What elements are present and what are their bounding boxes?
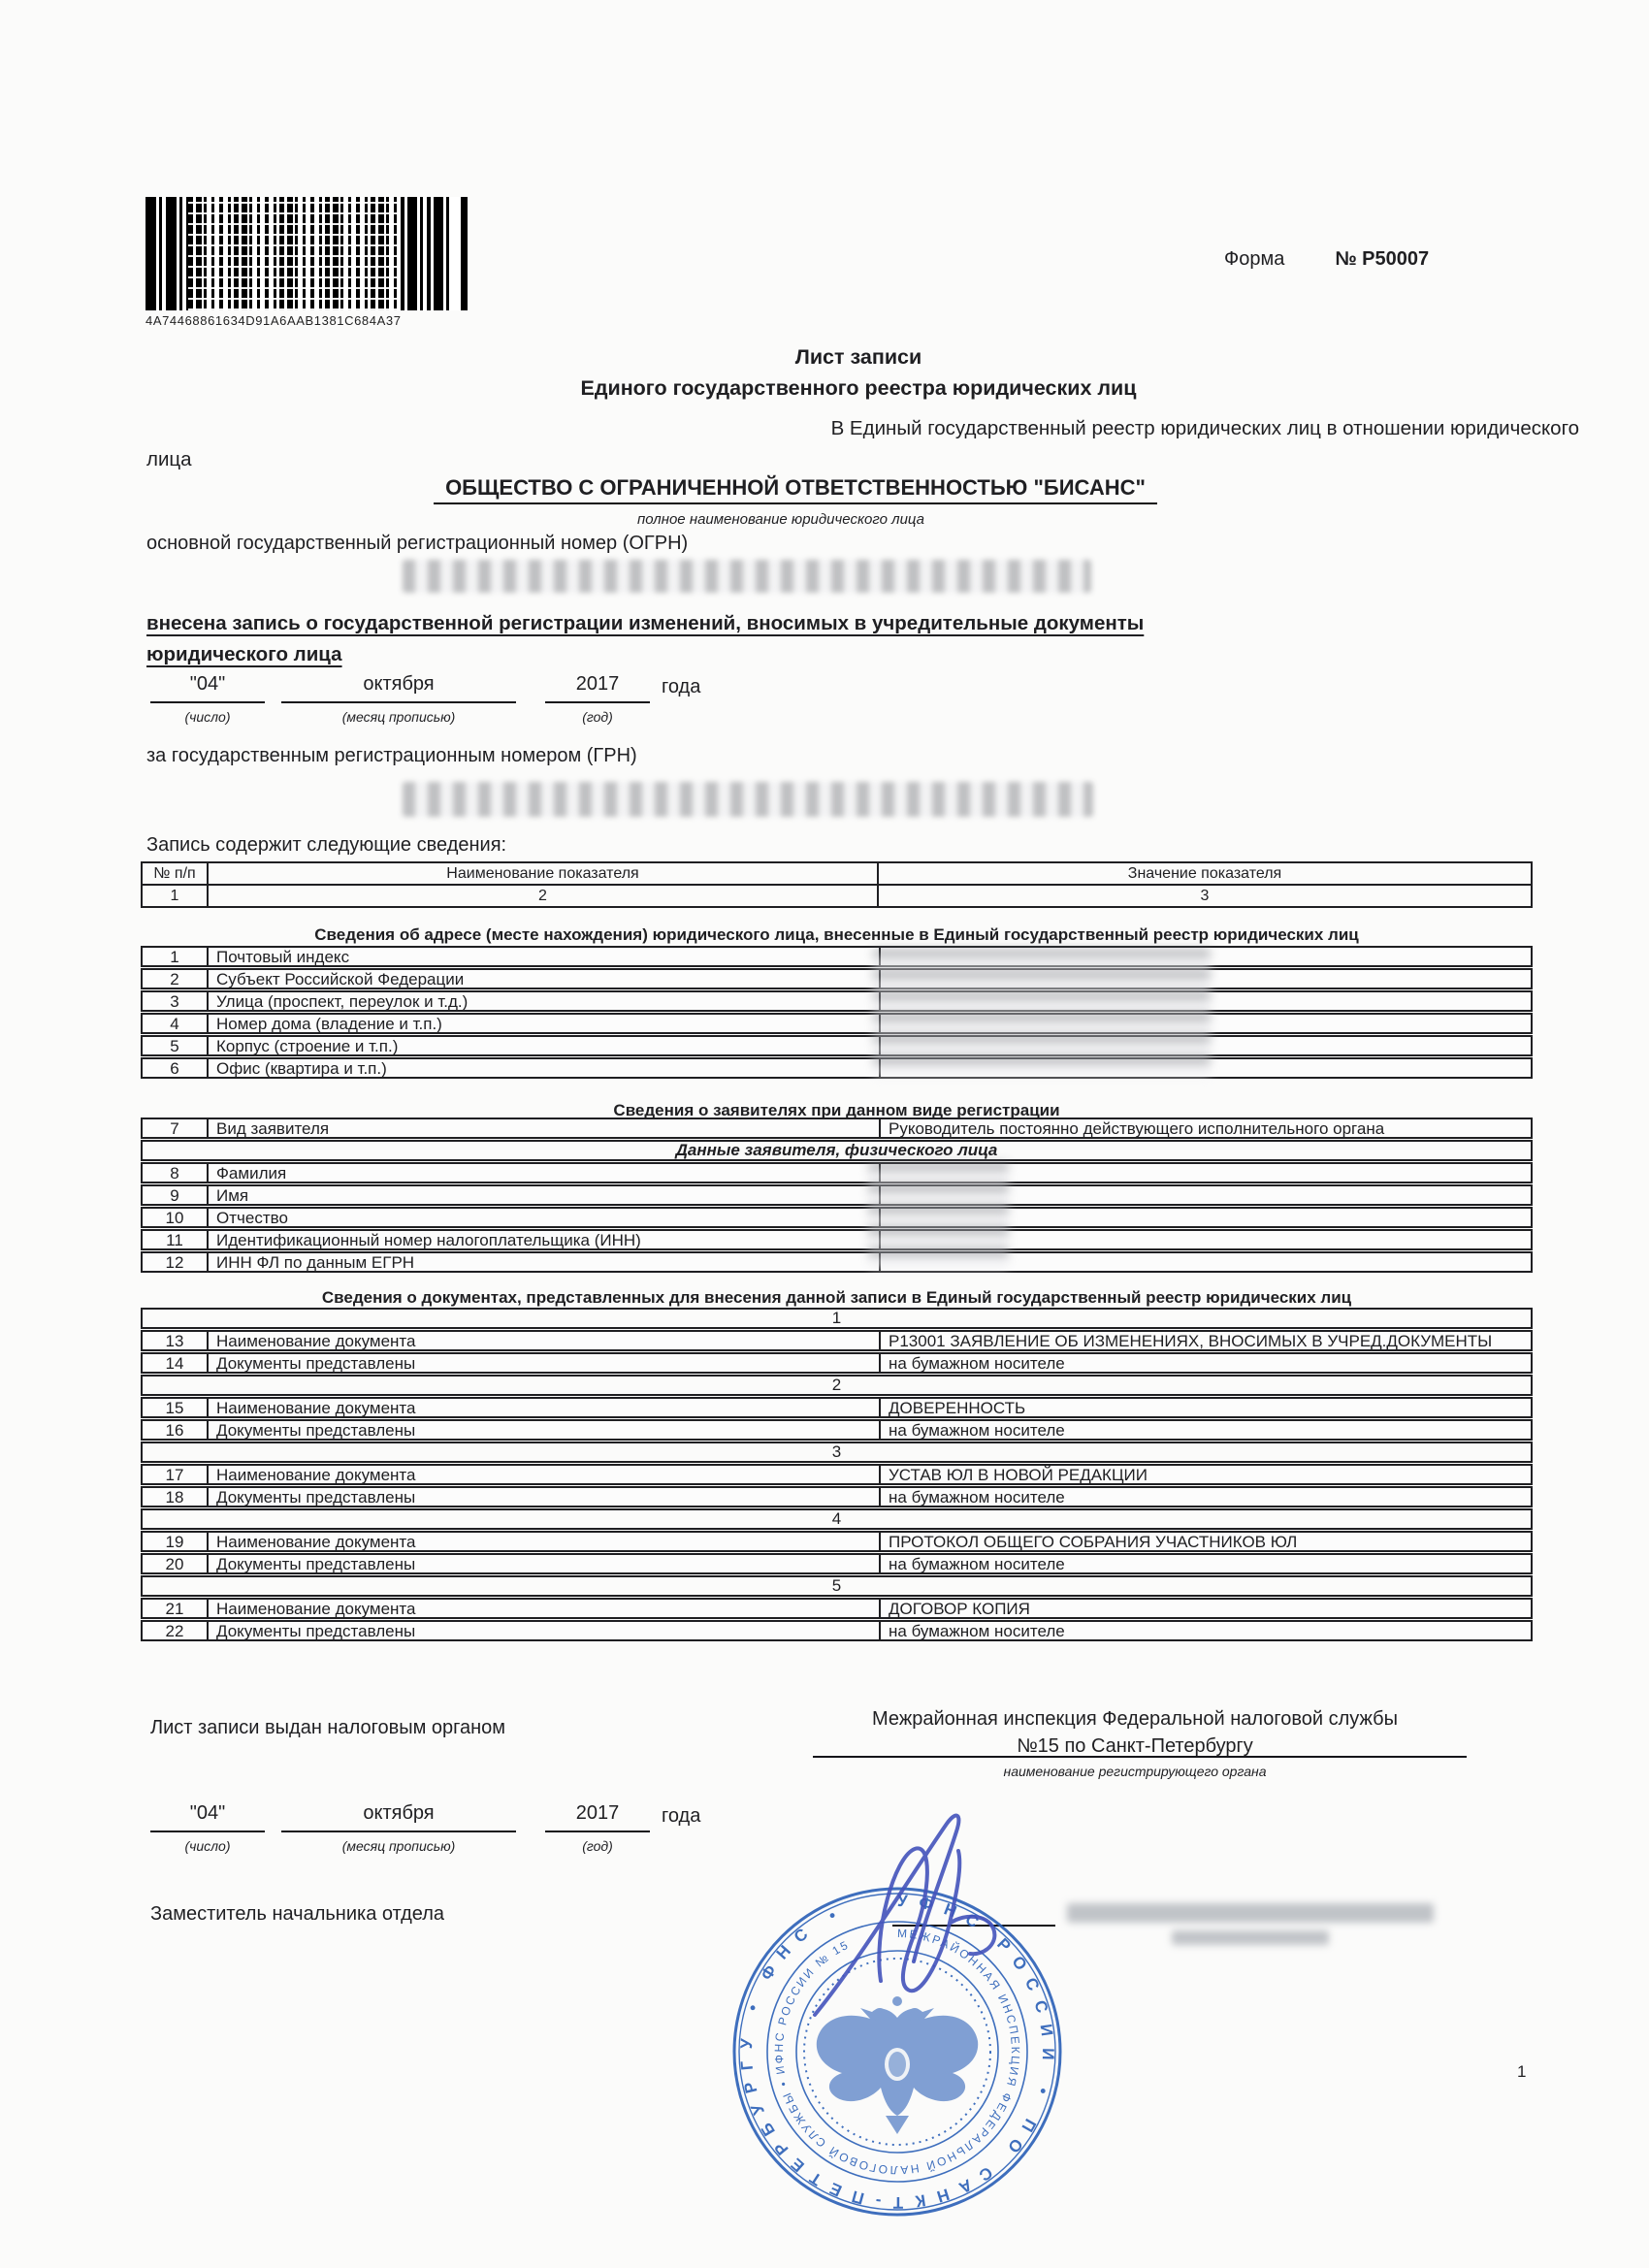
row-value: ПРОТОКОЛ ОБЩЕГО СОБРАНИЯ УЧАСТНИКОВ ЮЛ bbox=[879, 1533, 1531, 1550]
registration-statement: внесена запись о государственной регистр… bbox=[146, 608, 1144, 670]
table-row: 14 Документы представлены на бумажном но… bbox=[141, 1352, 1533, 1374]
date-year-caption: (год) bbox=[545, 709, 650, 725]
col-header-num: № п/п bbox=[143, 863, 209, 884]
company-name: ОБЩЕСТВО С ОГРАНИЧЕННОЙ ОТВЕТСТВЕННОСТЬЮ… bbox=[434, 475, 1157, 504]
row-num: 8 bbox=[143, 1164, 209, 1182]
col-header-name: Наименование показателя bbox=[209, 863, 877, 884]
row-value: на бумажном носителе bbox=[879, 1555, 1531, 1572]
table-row: 12 ИНН ФЛ по данным ЕГРН bbox=[141, 1251, 1533, 1273]
statement-line1: внесена запись о государственной регистр… bbox=[146, 608, 1144, 639]
table-row: 6 Офис (квартира и т.п.) bbox=[141, 1057, 1533, 1079]
date-month-caption: (месяц прописью) bbox=[281, 709, 516, 725]
table-row: 9 Имя bbox=[141, 1184, 1533, 1206]
applicant-table: 7 Вид заявителя Руководитель постоянно д… bbox=[141, 1118, 1533, 1274]
row-name: ИНН ФЛ по данным ЕГРН bbox=[209, 1253, 879, 1271]
row-num: 2 bbox=[143, 970, 209, 988]
authority-underline bbox=[813, 1756, 1467, 1758]
table-header-row: № п/п Наименование показателя Значение п… bbox=[143, 863, 1531, 884]
footer-date-year-suffix: года bbox=[662, 1805, 700, 1828]
barcode-data-pattern bbox=[188, 197, 401, 310]
index-num: 1 bbox=[143, 886, 209, 906]
row-num: 7 bbox=[143, 1119, 209, 1137]
row-num: 16 bbox=[143, 1421, 209, 1439]
barcode-code-text: 4A74468861634D91A6AAB1381C684A37 bbox=[145, 313, 468, 328]
row-value: на бумажном носителе bbox=[879, 1354, 1531, 1372]
date-day: "04" bbox=[150, 673, 265, 703]
barcode-stop-pattern bbox=[401, 197, 449, 310]
row-value: Руководитель постоянно действующего испо… bbox=[879, 1119, 1531, 1137]
col-header-value: Значение показателя bbox=[877, 863, 1531, 884]
table-row: 4 Номер дома (владение и т.п.) bbox=[141, 1013, 1533, 1034]
table-row: 13 Наименование документа Р13001 ЗАЯВЛЕН… bbox=[141, 1330, 1533, 1351]
footer-date-month-caption: (месяц прописью) bbox=[281, 1838, 516, 1854]
document-page: 4A74468861634D91A6AAB1381C684A37 Форма №… bbox=[0, 0, 1649, 2268]
issued-label: Лист записи выдан налоговым органом bbox=[150, 1717, 505, 1739]
form-number: № Р50007 bbox=[1335, 248, 1429, 271]
document-group-number: 2 bbox=[141, 1375, 1533, 1396]
row-name: Наименование документа bbox=[209, 1533, 879, 1550]
row-value: Р13001 ЗАЯВЛЕНИЕ ОБ ИЗМЕНЕНИЯХ, ВНОСИМЫХ… bbox=[879, 1332, 1531, 1349]
row-num: 19 bbox=[143, 1533, 209, 1550]
applicant-subheader: Данные заявителя, физического лица bbox=[141, 1140, 1533, 1161]
row-name: Номер дома (владение и т.п.) bbox=[209, 1015, 879, 1032]
signer-name-redacted bbox=[1067, 1903, 1434, 1923]
ogrn-value-redacted bbox=[403, 560, 1091, 593]
row-name: Вид заявителя bbox=[209, 1119, 879, 1137]
row-value: ДОГОВОР КОПИЯ bbox=[879, 1600, 1531, 1617]
address-values-redacted bbox=[873, 949, 1211, 1077]
barcode-image bbox=[145, 197, 468, 310]
table-row: 3 Улица (проспект, переулок и т.д.) bbox=[141, 990, 1533, 1012]
row-name: Офис (квартира и т.п.) bbox=[209, 1059, 879, 1077]
handwritten-signature bbox=[757, 1806, 1077, 2039]
footer-date-month: октября bbox=[281, 1802, 516, 1832]
row-name: Отчество bbox=[209, 1209, 879, 1226]
row-name: Документы представлены bbox=[209, 1354, 879, 1372]
main-header-table: № п/п Наименование показателя Значение п… bbox=[141, 861, 1533, 908]
row-value: ДОВЕРЕННОСТЬ bbox=[879, 1399, 1531, 1416]
table-row: 11 Идентификационный номер налогоплатель… bbox=[141, 1229, 1533, 1250]
row-value: на бумажном носителе bbox=[879, 1421, 1531, 1439]
table-row: 7 Вид заявителя Руководитель постоянно д… bbox=[141, 1118, 1533, 1139]
authority-caption: наименование регистрирующего органа bbox=[795, 1764, 1474, 1779]
company-caption: полное наименование юридического лица bbox=[102, 511, 1460, 528]
row-num: 17 bbox=[143, 1466, 209, 1483]
table-row: 15 Наименование документа ДОВЕРЕННОСТЬ bbox=[141, 1397, 1533, 1418]
row-num: 15 bbox=[143, 1399, 209, 1416]
form-label: Форма bbox=[1224, 248, 1284, 271]
date-day-caption: (число) bbox=[150, 709, 265, 725]
table-row: 8 Фамилия bbox=[141, 1162, 1533, 1183]
authority-line1: Межрайонная инспекция Федеральной налого… bbox=[795, 1705, 1474, 1733]
row-name: Документы представлены bbox=[209, 1488, 879, 1506]
table-row: 19 Наименование документа ПРОТОКОЛ ОБЩЕГ… bbox=[141, 1531, 1533, 1552]
row-name: Наименование документа bbox=[209, 1399, 879, 1416]
row-value: на бумажном носителе bbox=[879, 1488, 1531, 1506]
intro-line1: В Единый государственный реестр юридичес… bbox=[831, 417, 1579, 440]
row-num: 4 bbox=[143, 1015, 209, 1032]
index-value: 3 bbox=[877, 886, 1531, 906]
row-name: Наименование документа bbox=[209, 1466, 879, 1483]
row-name: Идентификационный номер налогоплательщик… bbox=[209, 1231, 879, 1248]
row-num: 6 bbox=[143, 1059, 209, 1077]
table-index-row: 1 2 3 bbox=[143, 884, 1531, 906]
row-num: 22 bbox=[143, 1622, 209, 1639]
table-row: 21 Наименование документа ДОГОВОР КОПИЯ bbox=[141, 1598, 1533, 1619]
footer-date-day-caption: (число) bbox=[150, 1838, 265, 1854]
title-line2: Единого государственного реестра юридиче… bbox=[179, 373, 1537, 404]
footer-date-day: "04" bbox=[150, 1802, 265, 1832]
row-num: 12 bbox=[143, 1253, 209, 1271]
row-name: Улица (проспект, переулок и т.д.) bbox=[209, 992, 879, 1010]
row-num: 10 bbox=[143, 1209, 209, 1226]
company-name-wrap: ОБЩЕСТВО С ОГРАНИЧЕННОЙ ОТВЕТСТВЕННОСТЬЮ… bbox=[116, 475, 1474, 501]
row-name: Наименование документа bbox=[209, 1332, 879, 1349]
table-row: 17 Наименование документа УСТАВ ЮЛ В НОВ… bbox=[141, 1464, 1533, 1485]
index-name: 2 bbox=[209, 886, 877, 906]
statement-line2: юридического лица bbox=[146, 639, 1144, 670]
table-row: 18 Документы представлены на бумажном но… bbox=[141, 1486, 1533, 1507]
form-number-line: Форма № Р50007 bbox=[1224, 248, 1429, 271]
barcode-quiet-zone bbox=[449, 197, 461, 310]
document-group-number: 4 bbox=[141, 1508, 1533, 1530]
document-group-number: 3 bbox=[141, 1442, 1533, 1463]
barcode-end-bar bbox=[461, 197, 468, 310]
title-line1: Лист записи bbox=[179, 341, 1537, 373]
row-num: 13 bbox=[143, 1332, 209, 1349]
date-year-suffix: года bbox=[662, 676, 700, 698]
table-row: 20 Документы представлены на бумажном но… bbox=[141, 1553, 1533, 1574]
row-value: УСТАВ ЮЛ В НОВОЙ РЕДАКЦИИ bbox=[879, 1466, 1531, 1483]
table-row: 16 Документы представлены на бумажном но… bbox=[141, 1419, 1533, 1441]
row-num: 3 bbox=[143, 992, 209, 1010]
date-month: октября bbox=[281, 673, 516, 703]
table-row: 1 Почтовый индекс bbox=[141, 946, 1533, 967]
document-title: Лист записи Единого государственного рее… bbox=[179, 341, 1537, 405]
row-name: Почтовый индекс bbox=[209, 948, 879, 965]
row-name: Документы представлены bbox=[209, 1622, 879, 1639]
row-name: Документы представлены bbox=[209, 1555, 879, 1572]
official-title: Заместитель начальника отдела bbox=[150, 1903, 444, 1926]
document-group-number: 5 bbox=[141, 1575, 1533, 1597]
row-num: 1 bbox=[143, 948, 209, 965]
record-contains-label: Запись содержит следующие сведения: bbox=[146, 834, 506, 857]
footer-date-year: 2017 bbox=[545, 1802, 650, 1832]
signer-name-redacted bbox=[1172, 1930, 1329, 1945]
footer-date-year-caption: (год) bbox=[545, 1838, 650, 1854]
row-num: 20 bbox=[143, 1555, 209, 1572]
table-row: 2 Субъект Российской Федерации bbox=[141, 968, 1533, 989]
row-name: Субъект Российской Федерации bbox=[209, 970, 879, 988]
barcode-start-pattern bbox=[145, 197, 188, 310]
row-name: Имя bbox=[209, 1186, 879, 1204]
table-row: 10 Отчество bbox=[141, 1207, 1533, 1228]
row-name: Фамилия bbox=[209, 1164, 879, 1182]
documents-section-title: Сведения о документах, представленных дл… bbox=[141, 1288, 1533, 1308]
grn-label: за государственным регистрационным номер… bbox=[146, 745, 637, 767]
registering-authority: Межрайонная инспекция Федеральной налого… bbox=[795, 1705, 1474, 1760]
page-number: 1 bbox=[1517, 2062, 1526, 2082]
documents-table: 1 13 Наименование документа Р13001 ЗАЯВЛ… bbox=[141, 1308, 1533, 1642]
address-table: 1 Почтовый индекс 2 Субъект Российской Ф… bbox=[141, 946, 1533, 1080]
row-num: 21 bbox=[143, 1600, 209, 1617]
row-name: Наименование документа bbox=[209, 1600, 879, 1617]
document-group-number: 1 bbox=[141, 1308, 1533, 1329]
intro-line2: лица bbox=[146, 448, 192, 471]
date-year: 2017 bbox=[545, 673, 650, 703]
grn-value-redacted bbox=[403, 782, 1093, 817]
row-name: Корпус (строение и т.п.) bbox=[209, 1037, 879, 1054]
barcode: 4A74468861634D91A6AAB1381C684A37 bbox=[145, 197, 468, 328]
row-name: Документы представлены bbox=[209, 1421, 879, 1439]
row-num: 9 bbox=[143, 1186, 209, 1204]
row-num: 11 bbox=[143, 1231, 209, 1248]
address-section-title: Сведения об адресе (месте нахождения) юр… bbox=[141, 925, 1533, 945]
row-num: 18 bbox=[143, 1488, 209, 1506]
row-num: 14 bbox=[143, 1354, 209, 1372]
ogrn-label: основной государственный регистрационный… bbox=[146, 533, 688, 555]
applicant-values-redacted bbox=[868, 1162, 1009, 1269]
row-num: 5 bbox=[143, 1037, 209, 1054]
table-row: 22 Документы представлены на бумажном но… bbox=[141, 1620, 1533, 1641]
row-value: на бумажном носителе bbox=[879, 1622, 1531, 1639]
table-row: 5 Корпус (строение и т.п.) bbox=[141, 1035, 1533, 1056]
